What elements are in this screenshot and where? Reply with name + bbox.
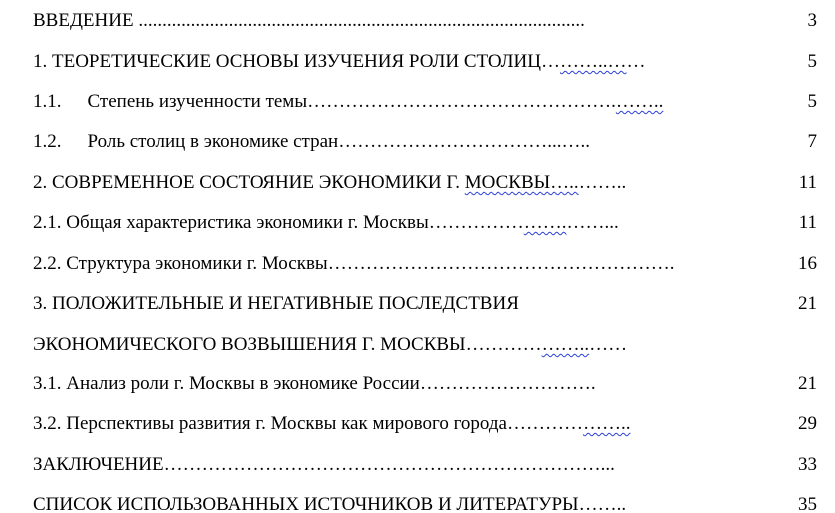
toc-page-number: 5 [777, 91, 817, 113]
toc-title: 2. СОВРЕМЕННОЕ СОСТОЯНИЕ ЭКОНОМИКИ Г. [33, 172, 465, 193]
toc-title: Степень изученности темы [88, 91, 308, 112]
toc-page-number: 21 [777, 293, 817, 315]
toc-page-number: 11 [777, 172, 817, 194]
toc-page-number: 16 [777, 253, 817, 275]
toc-entry-chapter-2[interactable]: 2. СОВРЕМЕННОЕ СОСТОЯНИЕ ЭКОНОМИКИ Г. МО… [33, 172, 626, 194]
toc-entry-references[interactable]: СПИСОК ИСПОЛЬЗОВАННЫХ ИСТОЧНИКОВ И ЛИТЕР… [33, 494, 626, 513]
toc-entry-chapter-3[interactable]: 3. ПОЛОЖИТЕЛЬНЫЕ И НЕГАТИВНЫЕ ПОСЛЕДСТВИ… [33, 293, 519, 315]
toc-leader: …………… [429, 212, 524, 233]
toc-leader: ………… [466, 334, 542, 355]
toc-leader-tail: …… [589, 334, 627, 355]
toc-title: 2.2. Структура экономики г. Москвы [33, 253, 328, 274]
toc-entry-1-2[interactable]: 1.2.Роль столиц в экономике стран…………………… [33, 131, 590, 153]
toc-leader: ……………………………………………………………... [164, 454, 615, 475]
toc-section-number: 1.1. [33, 91, 62, 112]
toc-entry-conclusion[interactable]: ЗАКЛЮЧЕНИЕ……………………………………………………………... [33, 454, 615, 476]
toc-page-number: 7 [777, 131, 817, 153]
toc-title: СПИСОК ИСПОЛЬЗОВАННЫХ ИСТОЧНИКОВ И ЛИТЕР… [33, 494, 579, 513]
toc-leader-tail: …….. [579, 172, 627, 193]
toc-entry-introduction[interactable]: ВВЕДЕНИЕ ...............................… [33, 10, 585, 32]
spellcheck-underline: ……..… [560, 51, 627, 72]
toc-leader-tail: ……... [566, 212, 618, 233]
toc-entry-2-2[interactable]: 2.2. Структура экономики г. Москвы………………… [33, 253, 674, 275]
toc-page-number: 21 [777, 373, 817, 395]
toc-title: ЗАКЛЮЧЕНИЕ [33, 454, 164, 475]
toc-title: ВВЕДЕНИЕ [33, 10, 138, 31]
spellcheck-underline: …….. [542, 334, 590, 355]
toc-leader: ……………………………...….. [338, 131, 590, 152]
spellcheck-underline: …….. [583, 413, 631, 434]
toc-section-number: 1.2. [33, 131, 62, 152]
toc-leader: …….. [579, 494, 627, 513]
toc-page-number: 3 [777, 10, 817, 32]
toc-title: 3.1. Анализ роли г. Москвы в экономике Р… [33, 373, 420, 394]
toc-page-number: 11 [777, 212, 817, 234]
toc-title: 3. ПОЛОЖИТЕЛЬНЫЕ И НЕГАТИВНЫЕ ПОСЛЕДСТВИ… [33, 293, 519, 314]
spellcheck-underline: МОСКВЫ….. [465, 172, 579, 193]
toc-leader: ........................................… [138, 10, 585, 31]
toc-leader: ………… [507, 413, 583, 434]
toc-title: 1. ТЕОРЕТИЧЕСКИЕ ОСНОВЫ ИЗУЧЕНИЯ РОЛИ СТ… [33, 51, 541, 72]
toc-leader-tail: … [626, 51, 645, 72]
toc-page-number: 33 [777, 454, 817, 476]
toc-page-number: 5 [777, 51, 817, 73]
toc-leader: ………………………. [420, 373, 596, 394]
toc-entry-2-1[interactable]: 2.1. Общая характеристика экономики г. М… [33, 212, 619, 234]
toc-title: Роль столиц в экономике стран [88, 131, 339, 152]
spellcheck-underline: ……. [524, 212, 567, 233]
toc-entry-chapter-3-continued[interactable]: ЭКОНОМИЧЕСКОГО ВОЗВЫШЕНИЯ Г. МОСКВЫ……………… [33, 334, 627, 356]
toc-entry-1-1[interactable]: 1.1.Степень изученности темы………………………………… [33, 91, 663, 113]
spellcheck-underline: …….. [616, 91, 664, 112]
toc-entry-3-2[interactable]: 3.2. Перспективы развития г. Москвы как … [33, 413, 630, 435]
toc-page-number: 29 [777, 413, 817, 435]
toc-entry-chapter-1[interactable]: 1. ТЕОРЕТИЧЕСКИЕ ОСНОВЫ ИЗУЧЕНИЯ РОЛИ СТ… [33, 51, 645, 73]
toc-leader: ………………………………………………. [328, 253, 675, 274]
toc-page-number: 35 [777, 494, 817, 513]
toc-entry-3-1[interactable]: 3.1. Анализ роли г. Москвы в экономике Р… [33, 373, 596, 395]
toc-title: ЭКОНОМИЧЕСКОГО ВОЗВЫШЕНИЯ Г. МОСКВЫ [33, 334, 466, 355]
toc-title: 2.1. Общая характеристика экономики г. М… [33, 212, 429, 233]
toc-title: 3.2. Перспективы развития г. Москвы как … [33, 413, 507, 434]
toc-leader: … [541, 51, 560, 72]
toc-leader: …………………………………………. [307, 91, 616, 112]
